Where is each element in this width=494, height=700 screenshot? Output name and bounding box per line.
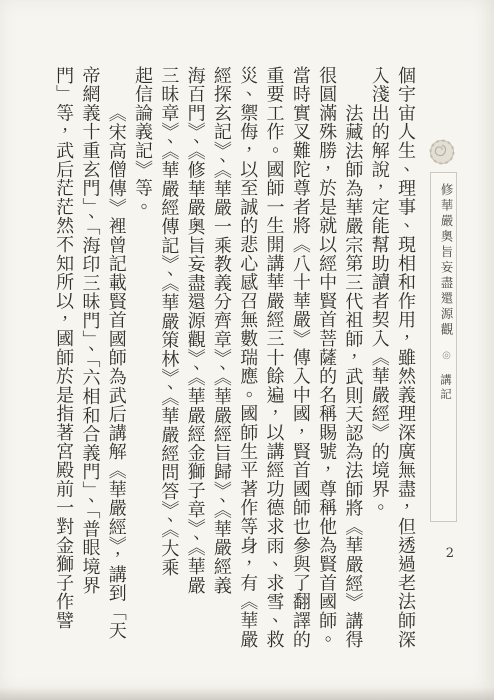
text-column: 個宇宙人生、理事、現相和作用，雖然義理深廣無盡，但透過老法師深 xyxy=(392,66,418,658)
text-column: 災、禦侮，以至誠的悲心感召無數瑞應。國師生平著作等身，有《華嚴 xyxy=(234,66,260,658)
text-column: 三昧章》、《華嚴經傳記》、《華嚴策林》、《華嚴經問答》、《大乘 xyxy=(155,66,181,658)
text-column: 入淺出的解說，定能幫助讀者契入《華嚴經》的境界。 xyxy=(365,66,391,658)
text-column-paragraph-start: 法藏法師為華嚴宗第三代祖師，武則天認為法師將《華嚴經》講得 xyxy=(339,66,365,658)
book-subtitle: 講記 xyxy=(439,373,453,402)
title-ornament-icon: ◎ xyxy=(441,350,452,361)
text-column: 很圓滿殊勝，於是就以經中賢首菩薩的名稱賜號，尊稱他為賢首國師。 xyxy=(313,66,339,658)
book-title: 修華嚴奧旨妄盡還源觀 xyxy=(439,183,454,338)
text-column: 門」等，武后茫茫然不知所以，國師於是指著宮殿前一對金獅子作譬 xyxy=(50,66,76,658)
text-column-paragraph-start: 《宋高僧傳》裡曾記載賢首國師為武后講解《華嚴經》，講到「天 xyxy=(102,66,128,658)
text-column: 經探玄記》、《華嚴一乘教義分齊章》、《華嚴經旨歸》、《華嚴經義 xyxy=(208,66,234,658)
text-column: 帝網義十重玄門」、「海印三昧門」、「六相和合義門」、「普眼境界 xyxy=(76,66,102,658)
body-text: 個宇宙人生、理事、現相和作用，雖然義理深廣無盡，但透過老法師深 入淺出的解說，定… xyxy=(50,66,418,658)
flower-seal-icon xyxy=(428,138,456,166)
text-column: 當時實叉難陀尊者將《八十華嚴》傳入中國，賢首國師也參與了翻譯的 xyxy=(287,66,313,658)
running-head-box: 修華嚴奧旨妄盡還源觀 ◎ 講記 xyxy=(430,172,457,522)
page-number: 2 xyxy=(446,546,454,561)
text-column: 起信論義記》等。 xyxy=(129,66,155,658)
book-page: 修華嚴奧旨妄盡還源觀 ◎ 講記 2 個宇宙人生、理事、現相和作用，雖然義理深廣無… xyxy=(0,0,494,700)
text-column: 海百門》、《修華嚴奧旨妄盡還源觀》、《華嚴經金獅子章》、《華嚴 xyxy=(181,66,207,658)
text-column: 重要工作。國師一生開講華嚴經三十餘遍，以講經功德求雨、求雪、救 xyxy=(260,66,286,658)
